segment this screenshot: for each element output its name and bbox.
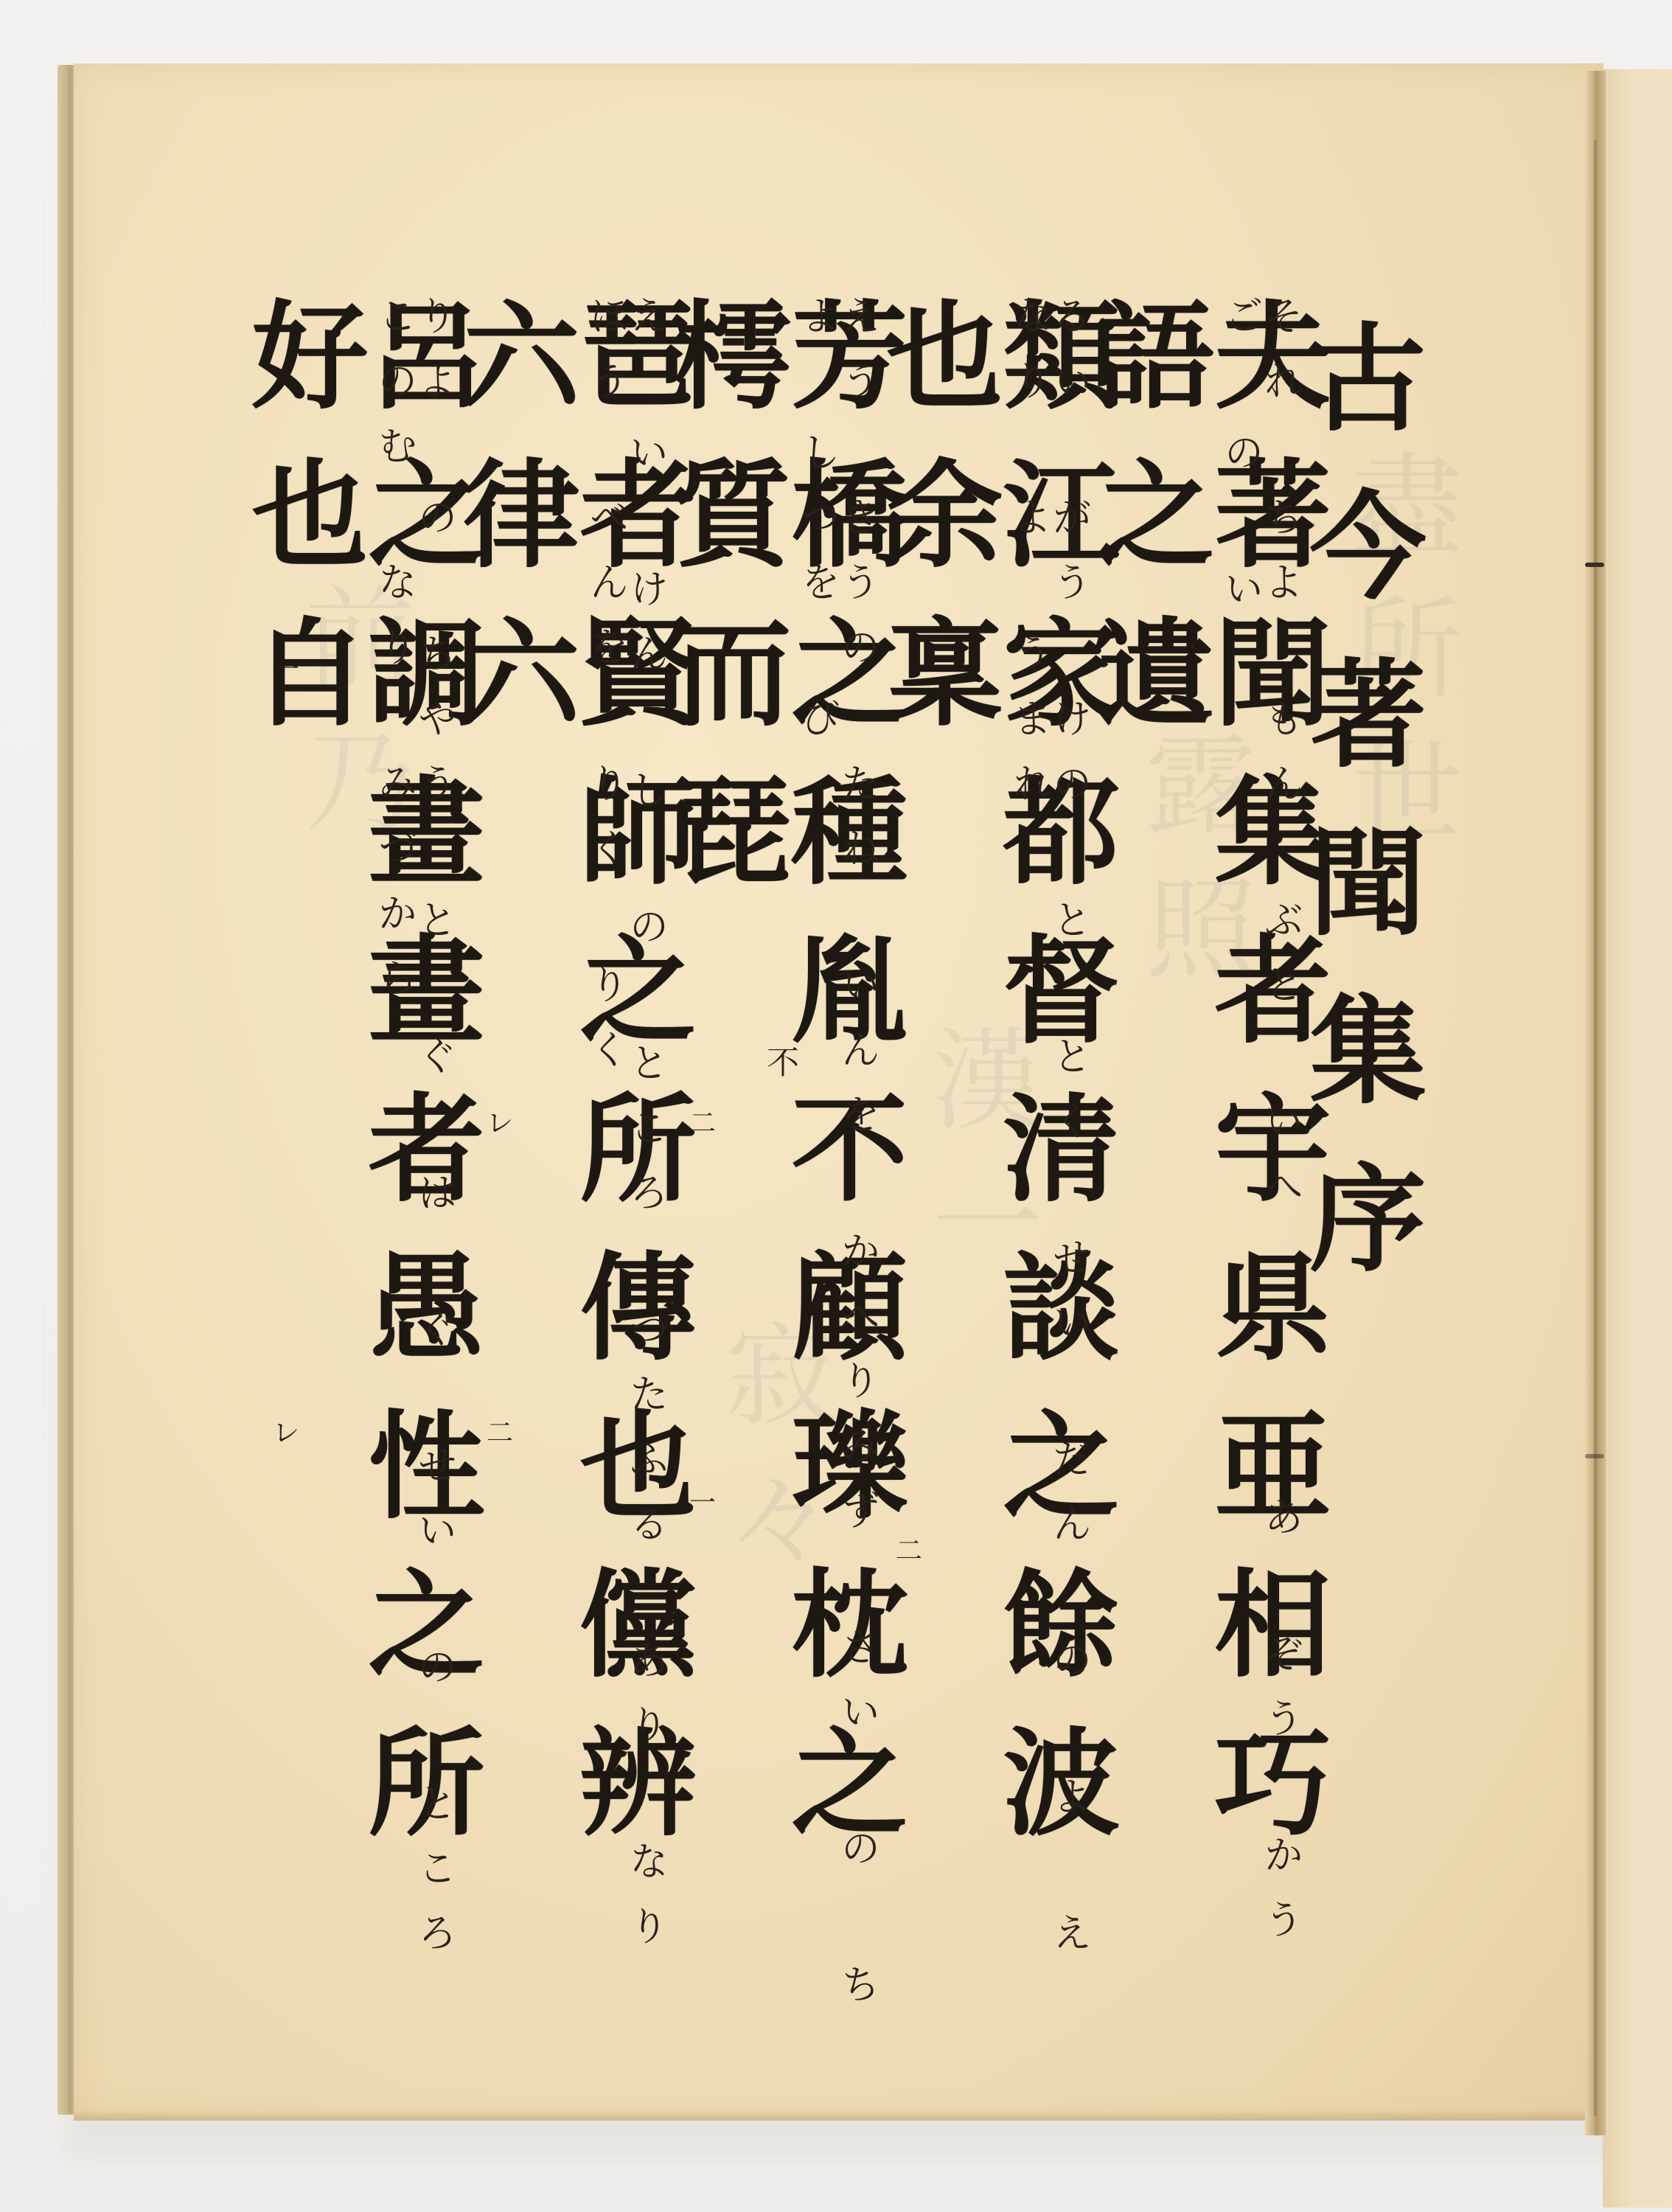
scan-scene: 盡所世 露照 漢一 寂々 前乃 古今著聞集序 夫著聞集者宇県亜相巧語之遺 それ … <box>0 0 1672 2212</box>
kaeriten-mark: レ <box>487 1102 513 1140</box>
kaeriten-mark: 一 <box>273 649 299 686</box>
column-kana-gloss: それ ちよ もん ぶと いへ あ ぞう かう ご の い <box>1221 295 1300 2035</box>
kaeriten-mark: 二 <box>689 1102 716 1140</box>
vertical-text-block: 古今著聞集序 夫著聞集者宇県亜相巧語之遺 それ ちよ もん ぶと いへ あ ぞう… <box>221 295 1489 2035</box>
kaeriten-mark: 二 <box>487 1412 513 1450</box>
column-kana-gloss: え い けん し の ところ つたふる あり なり ほう べんを りく りく <box>586 295 666 2035</box>
column-kana-gloss: りよ の ちやう と ぐ は ぐ せい の ところ このむ なり みづから <box>375 295 454 2035</box>
column-kana-gloss: えう きうの たね いんを かへりみず さい の ちよ しつを び <box>798 295 877 2035</box>
kaeriten-mark: 二 <box>896 1530 922 1568</box>
kaeriten-mark: レ <box>273 1412 299 1450</box>
text-column: 呂之調畫畫者愚性之所好也自 りよ の ちやう と ぐ は ぐ せい の ところ … <box>220 295 431 2035</box>
binding-stitch <box>1585 1454 1604 1458</box>
column-kana-gloss: るい がう けの と とく せい だん の よ え なり よ うまれ <box>1009 295 1089 2035</box>
facing-page <box>1603 69 1672 2208</box>
binding-fold-line <box>1594 140 1597 2116</box>
binding-stitch <box>1585 563 1604 567</box>
kaeriten-mark: 一 <box>689 1482 716 1520</box>
kaeriten-mark: 不 <box>767 1036 799 1083</box>
